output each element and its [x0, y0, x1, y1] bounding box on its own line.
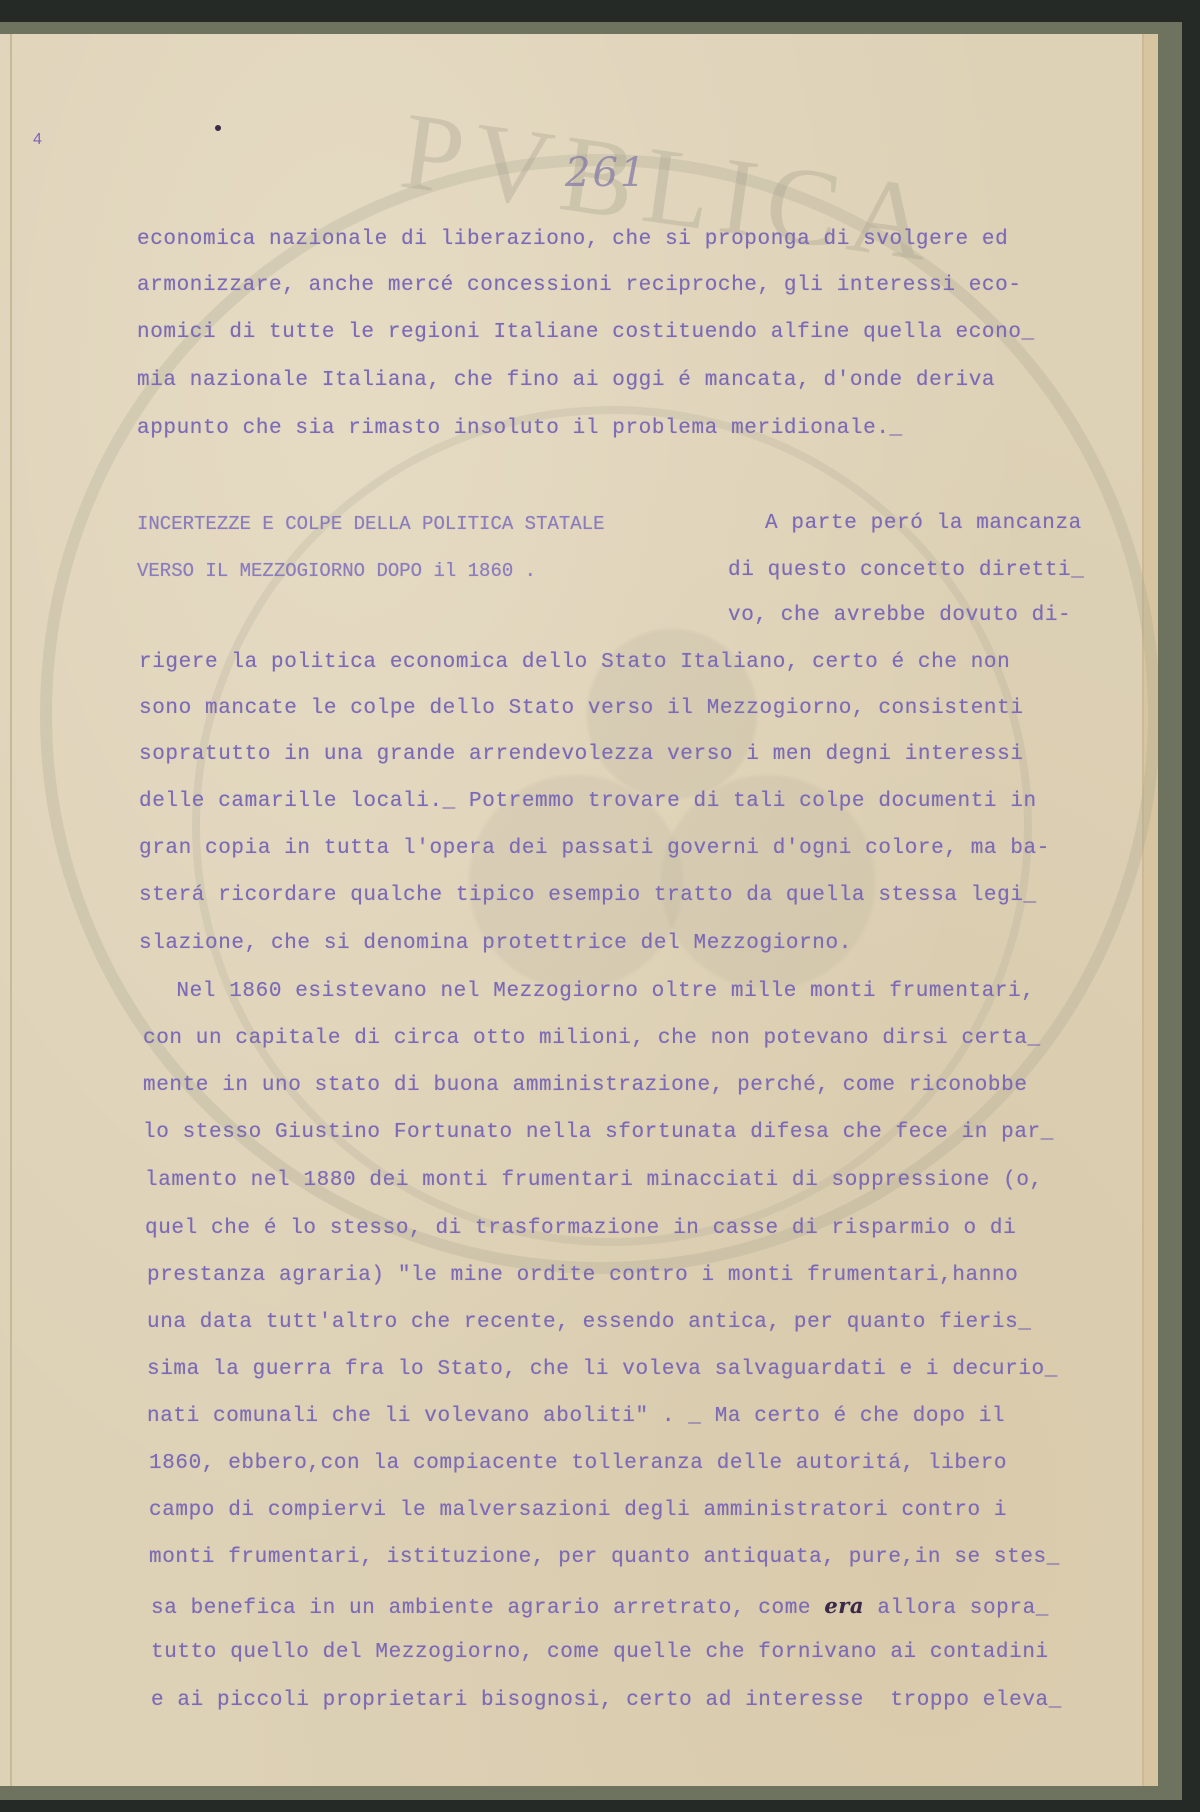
text-line: con un capitale di circa otto milioni, c… [143, 1027, 1041, 1051]
text-segment: sa benefica in un ambiente agrario arret… [151, 1597, 824, 1620]
section-heading: INCERTEZZE E COLPE DELLA POLITICA STATAL… [137, 512, 604, 536]
text-line: gran copia in tutta l'opera dei passati … [139, 837, 1050, 861]
text-line: appunto che sia rimasto insoluto il prob… [137, 417, 903, 441]
text-line-with-correction: sa benefica in un ambiente agrario arret… [151, 1594, 1049, 1621]
text-line: vo, che avrebbe dovuto di- [728, 604, 1071, 628]
text-line: A parte peró la mancanza [765, 512, 1082, 536]
text-line: e ai piccoli proprietari bisognosi, cert… [151, 1689, 1062, 1713]
text-line: mente in uno stato di buona amministrazi… [143, 1074, 1028, 1098]
text-line: tutto quello del Mezzogiorno, come quell… [151, 1641, 1049, 1665]
text-line: economica nazionale di liberaziono, che … [137, 228, 1008, 252]
text-line: prestanza agraria) "le mine ordite contr… [147, 1264, 1018, 1288]
page-binding-edge [10, 34, 12, 1786]
text-line: mia nazionale Italiana, che fino ai oggi… [137, 369, 995, 393]
text-line: 1860, ebbero,con la compiacente tolleran… [149, 1452, 1007, 1476]
text-line: slazione, che si denomina protettrice de… [139, 932, 852, 956]
text-line: campo di compiervi le malversazioni degl… [149, 1499, 1007, 1523]
watermark-emblem-icon [432, 546, 912, 1106]
page-number: 4 [33, 131, 42, 149]
text-line: sima la guerra fra lo Stato, che li vole… [147, 1358, 1058, 1382]
handwritten-folio-number: 261 [565, 150, 647, 196]
text-line: rigere la politica economica dello Stato… [139, 651, 1010, 675]
text-line: Nel 1860 esistevano nel Mezzogiorno oltr… [150, 980, 1035, 1004]
text-line: una data tutt'altro che recente, essendo… [147, 1311, 1032, 1335]
text-line: nati comunali che li volevano aboliti" .… [147, 1405, 1005, 1429]
text-line: di questo concetto diretti_ [728, 559, 1084, 583]
text-line: lo stesso Giustino Fortunato nella sfort… [143, 1121, 1054, 1145]
text-line: quel che é lo stesso, di trasformazione … [145, 1217, 1016, 1241]
text-line: lamento nel 1880 dei monti frumentari mi… [145, 1169, 1043, 1193]
text-line: armonizzare, anche mercé concessioni rec… [137, 274, 1022, 298]
ink-dot [215, 125, 221, 131]
handwritten-correction: era [824, 1593, 864, 1618]
text-segment: allora sopra_ [864, 1597, 1049, 1620]
text-line: monti frumentari, istituzione, per quant… [149, 1546, 1060, 1570]
section-heading: VERSO IL MEZZOGIORNO DOPO il 1860 . [137, 559, 536, 583]
text-line: delle camarille locali._ Potremmo trovar… [139, 790, 1037, 814]
text-line: sterá ricordare qualche tipico esempio t… [139, 884, 1037, 908]
text-line: sono mancate le colpe dello Stato verso … [139, 697, 1024, 721]
text-line: nomici di tutte le regioni Italiane cost… [137, 321, 1035, 345]
text-line: sopratutto in una grande arrendevolezza … [139, 743, 1024, 767]
